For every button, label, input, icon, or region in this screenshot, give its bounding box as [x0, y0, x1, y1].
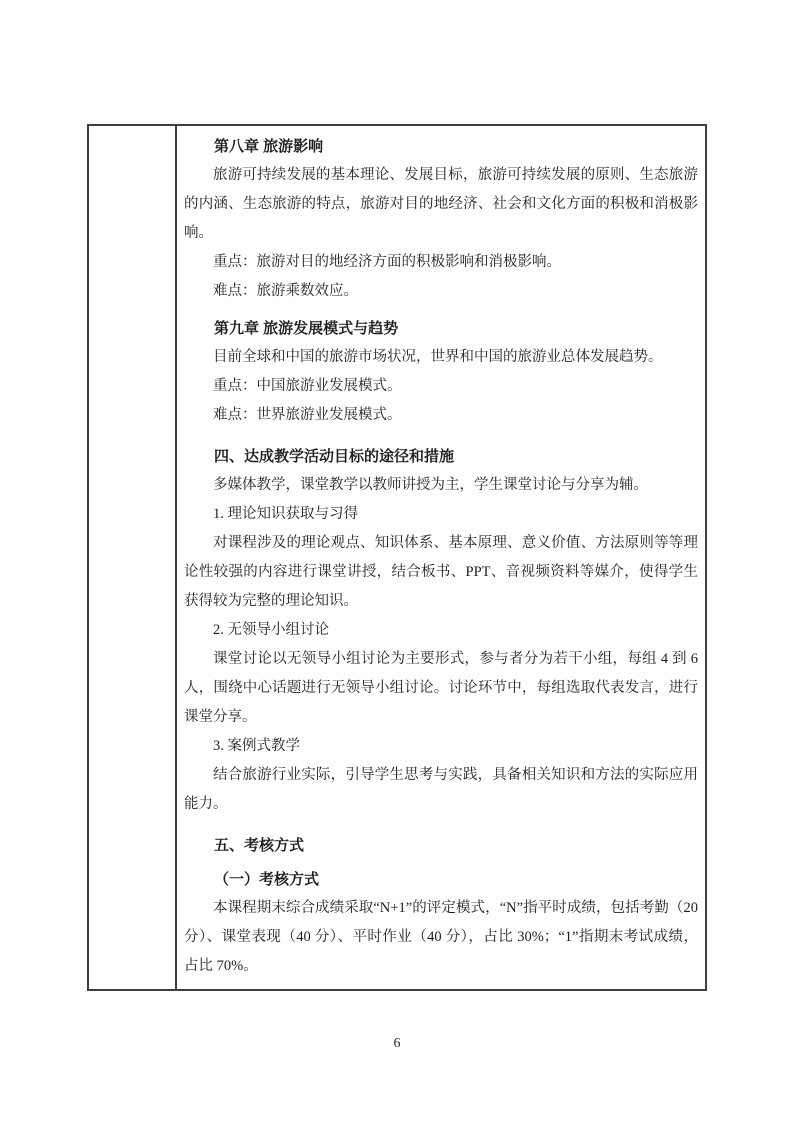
paragraph: 对课程涉及的理论观点、知识体系、基本原理、意义价值、方法原则等等理论性较强的内容… [184, 529, 698, 616]
section-heading: 四、达成教学活动目标的途径和措施 [184, 442, 698, 471]
document-page: 第八章 旅游影响旅游可持续发展的基本理论、发展目标，旅游可持续发展的原则、生态旅… [0, 0, 794, 1123]
paragraph: 难点：旅游乘数效应。 [184, 277, 698, 306]
paragraph: 旅游可持续发展的基本理论、发展目标，旅游可持续发展的原则、生态旅游的内涵、生态旅… [184, 161, 698, 248]
numbered: 1. 理论知识获取与习得 [184, 500, 698, 529]
chapter-heading: 第八章 旅游影响 [184, 132, 698, 161]
sub-heading: （二）成绩评定标准 [184, 986, 698, 989]
paragraph: 多媒体教学，课堂教学以教师讲授为主，学生课堂讨论与分享为辅。 [184, 471, 698, 500]
section-heading: 五、考核方式 [184, 831, 698, 860]
page-number: 6 [0, 1036, 794, 1052]
syllabus-table: 第八章 旅游影响旅游可持续发展的基本理论、发展目标，旅游可持续发展的原则、生态旅… [87, 124, 707, 991]
paragraph: 课堂讨论以无领导小组讨论为主要形式，参与者分为若干小组，每组 4 到 6 人，围… [184, 645, 698, 732]
document-body: 第八章 旅游影响旅游可持续发展的基本理论、发展目标，旅游可持续发展的原则、生态旅… [184, 132, 698, 989]
paragraph: 目前全球和中国的旅游市场状况，世界和中国的旅游业总体发展趋势。 [184, 343, 698, 372]
sub-heading: （一）考核方式 [184, 865, 698, 894]
paragraph: 重点：旅游对目的地经济方面的积极影响和消极影响。 [184, 248, 698, 277]
table-content-cell: 第八章 旅游影响旅游可持续发展的基本理论、发展目标，旅游可持续发展的原则、生态旅… [177, 126, 705, 989]
chapter-heading: 第九章 旅游发展模式与趋势 [184, 314, 698, 343]
paragraph: 结合旅游行业实际，引导学生思考与实践，具备相关知识和方法的实际应用能力。 [184, 761, 698, 819]
numbered: 2. 无领导小组讨论 [184, 616, 698, 645]
paragraph: 重点：中国旅游业发展模式。 [184, 372, 698, 401]
numbered: 3. 案例式教学 [184, 732, 698, 761]
paragraph: 本课程期末综合成绩采取“N+1”的评定模式，“N”指平时成绩，包括考勤（20分）… [184, 894, 698, 981]
paragraph: 难点：世界旅游业发展模式。 [184, 401, 698, 430]
table-left-column [89, 126, 177, 989]
